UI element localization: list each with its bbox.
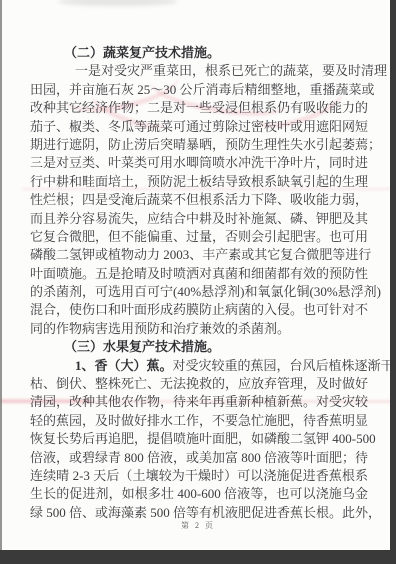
- scan-smudge: [58, 0, 178, 6]
- text-line: 恢复长势后再追肥，提倡喷施叶面肥，如磷酸二氢钾 400-500: [30, 430, 368, 448]
- scanned-document-page: （二）蔬菜复产技术措施。一是对受灾严重菜田，根系已死亡的蔬菜，要及时清理田园，并…: [0, 0, 396, 564]
- scan-edge-bottom: [0, 550, 396, 564]
- scan-edge-right: [390, 0, 396, 564]
- text-line: 倍液，或碧绿青 800 倍液，或美加富 800 倍液等叶面肥；待: [30, 449, 368, 467]
- text-line: 1、香（大）蕉。对受灾较重的蕉园，台风后植株逐渐干: [30, 357, 368, 375]
- text-line: 三是对豆类、叶菜类可用水唧筒喷水冲洗干净叶片，同时进: [30, 154, 368, 172]
- text-line: 行中耕和畦面培土，预防泥土板结导致根系缺氧引起的生理: [30, 173, 368, 191]
- numbered-item-label: 1、香（大）蕉。: [75, 358, 173, 373]
- scan-edge-left: [0, 0, 2, 564]
- text-line: 田园，并亩施石灰 25～30 公斤消毒后精细整地，重播蔬菜或: [30, 81, 368, 99]
- text-line: 轻的蕉园，及时做好排水工作，不要急忙施肥，待香蕉明显: [30, 412, 368, 430]
- text-line: 清园，改种其他农作物，待来年再重新种植新蕉。对受灾较: [30, 393, 368, 411]
- document-body: （二）蔬菜复产技术措施。一是对受灾严重菜田，根系已死亡的蔬菜，要及时清理田园，并…: [30, 44, 368, 522]
- section-heading: （三）水果复产技术措施。: [30, 338, 368, 356]
- text-line: 它复合微肥，但不能偏重、过量，否则会引起肥害。也可用: [30, 228, 368, 246]
- text-line: 叶面喷施。五是抢晴及时喷洒对真菌和细菌都有效的预防性: [30, 265, 368, 283]
- text-line: 同的作物病害选用预防和治疗兼效的杀菌剂。: [30, 320, 368, 338]
- text-line: 改种其它经济作物；二是对一些受浸但根系仍有吸收能力的: [30, 99, 368, 117]
- text-line: 磷酸二氢钾或植物动力 2003、丰产素或其它复合微肥等进行: [30, 246, 368, 264]
- page-footer: 第 2 页: [0, 520, 396, 531]
- text-line: 枯、倒伏、整株死亡、无法挽救的，应放弃管理，及时做好: [30, 375, 368, 393]
- text-line: 茄子、椒类、冬瓜等蔬菜可通过剪除过密枝叶或用遮阳网短: [30, 118, 368, 136]
- text-line: 连续晴 2-3 天后（土壤较为干燥时）可以浇施促进香蕉根系: [30, 467, 368, 485]
- text-line: 期进行遮阴，防止涝后突晴暴晒，预防生理性失水引起萎蔫；: [30, 136, 368, 154]
- text-line: 混合，使伤口和叶面形成药膜防止病菌的入侵。也可针对不: [30, 301, 368, 319]
- section-heading: （二）蔬菜复产技术措施。: [30, 44, 368, 62]
- text-line: 性烂根；四是受淹后蔬菜不但根系活力下降、吸收能力弱，: [30, 191, 368, 209]
- text-line: 一是对受灾严重菜田，根系已死亡的蔬菜，要及时清理: [30, 62, 368, 80]
- text-line: 生长的促进剂，如根多壮 400-600 倍液等，也可以浇施乌金: [30, 485, 368, 503]
- text-line: 的杀菌剂，可选用百可宁(40%悬浮剂)和氧氯化铜(30%悬浮剂): [30, 283, 368, 301]
- text-run: 对受灾较重的蕉园，台风后植株逐渐干: [173, 358, 394, 373]
- text-line: 而且养分容易流失，应结合中耕及时补施氮、磷、钾肥及其: [30, 210, 368, 228]
